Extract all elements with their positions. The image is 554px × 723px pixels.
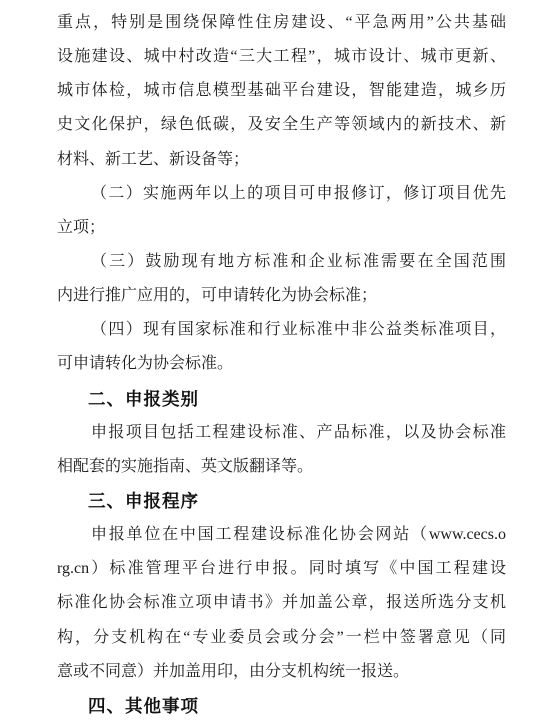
text-line: 意或不同意）并加盖用印，由分支机构统一报送。 xyxy=(57,655,506,689)
section-heading: 三、申报程序 xyxy=(57,484,506,518)
text-line: rg.cn）标准管理平台进行申报。同时填写《中国工程建设 xyxy=(57,552,506,586)
document-text-block: 重点，特别是围绕保障性住房建设、“平急两用”公共基础设施建设、城中村改造“三大工… xyxy=(57,6,506,723)
text-line: （二）实施两年以上的项目可申报修订，修订项目优先 xyxy=(57,177,506,211)
section-heading: 四、其他事项 xyxy=(57,689,506,723)
text-line: （三）鼓励现有地方标准和企业标准需要在全国范围 xyxy=(57,245,506,279)
text-line: 内进行推广应用的，可申请转化为协会标准； xyxy=(57,279,506,313)
text-line: 史文化保护，绿色低碳，及安全生产等领域内的新技术、新 xyxy=(57,108,506,142)
text-line: 材料、新工艺、新设备等； xyxy=(57,143,506,177)
text-line: 相配套的实施指南、英文版翻译等。 xyxy=(57,450,506,484)
text-line: 立项； xyxy=(57,211,506,245)
section-heading: 二、申报类别 xyxy=(57,382,506,416)
text-line: 申报项目包括工程建设标准、产品标准，以及协会标准 xyxy=(57,416,506,450)
text-line: 构，分支机构在“专业委员会或分会”一栏中签署意见（同 xyxy=(57,621,506,655)
text-line: 城市体检，城市信息模型基础平台建设，智能建造，城乡历 xyxy=(57,74,506,108)
text-line: 申报单位在中国工程建设标准化协会网站（www.cecs.o xyxy=(57,518,506,552)
document-page: 重点，特别是围绕保障性住房建设、“平急两用”公共基础设施建设、城中村改造“三大工… xyxy=(0,0,554,723)
text-line: 重点，特别是围绕保障性住房建设、“平急两用”公共基础 xyxy=(57,6,506,40)
text-line: 标准化协会标准立项申请书》并加盖公章，报送所选分支机 xyxy=(57,586,506,620)
text-line: 可申请转化为协会标准。 xyxy=(57,347,506,381)
text-line: 设施建设、城中村改造“三大工程”，城市设计、城市更新、 xyxy=(57,40,506,74)
text-line: （四）现有国家标准和行业标准中非公益类标准项目， xyxy=(57,313,506,347)
